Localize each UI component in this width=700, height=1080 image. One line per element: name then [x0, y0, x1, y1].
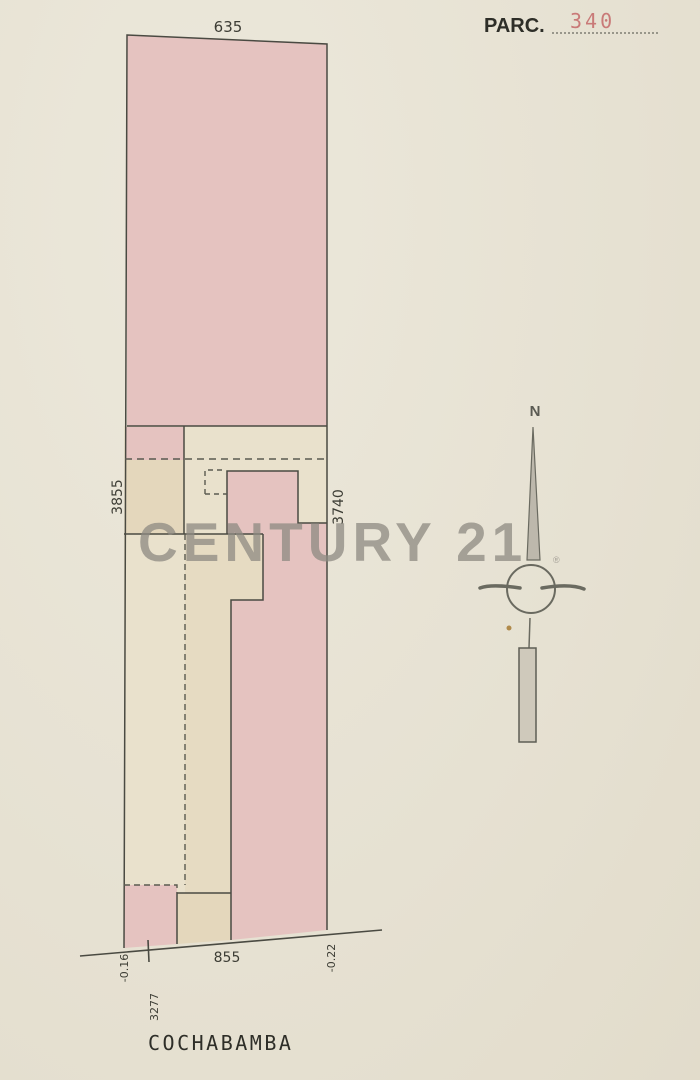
registered-mark: ® — [553, 555, 560, 565]
left-offset-label: -0.16 — [118, 954, 131, 982]
plot-plan-sheet: PARC. 340 — [0, 0, 700, 1080]
front-width-label: 855 — [214, 950, 241, 966]
front-entry-area — [177, 893, 231, 944]
rear-built-area — [127, 35, 327, 426]
street-name: COCHABAMBA — [148, 1031, 293, 1055]
ink-spot — [507, 626, 512, 631]
plot-plan-drawing: PARC. 340 — [0, 0, 700, 1080]
south-stem-icon — [529, 618, 530, 648]
south-tail-icon — [519, 648, 536, 742]
right-offset-label: -0.22 — [325, 944, 338, 972]
parcel-number: 340 — [570, 9, 615, 33]
parcel-label: PARC. — [484, 15, 545, 37]
compass-crossbar-icon — [480, 586, 584, 589]
corner-distance-tick — [148, 940, 149, 962]
top-width-label: 635 — [214, 18, 243, 36]
north-needle-icon — [527, 427, 540, 560]
watermark-text: CENTURY 21 — [138, 511, 527, 573]
north-label: N — [530, 403, 541, 420]
parcel-header: PARC. 340 — [484, 9, 658, 37]
corner-distance-label: 3277 — [148, 993, 161, 1021]
front-left-built-area — [124, 885, 177, 948]
plot-fills — [124, 35, 327, 948]
watermark: CENTURY 21 ® — [138, 511, 560, 573]
left-depth-label: 3855 — [110, 479, 126, 515]
left-strip-built-area — [125, 427, 184, 460]
